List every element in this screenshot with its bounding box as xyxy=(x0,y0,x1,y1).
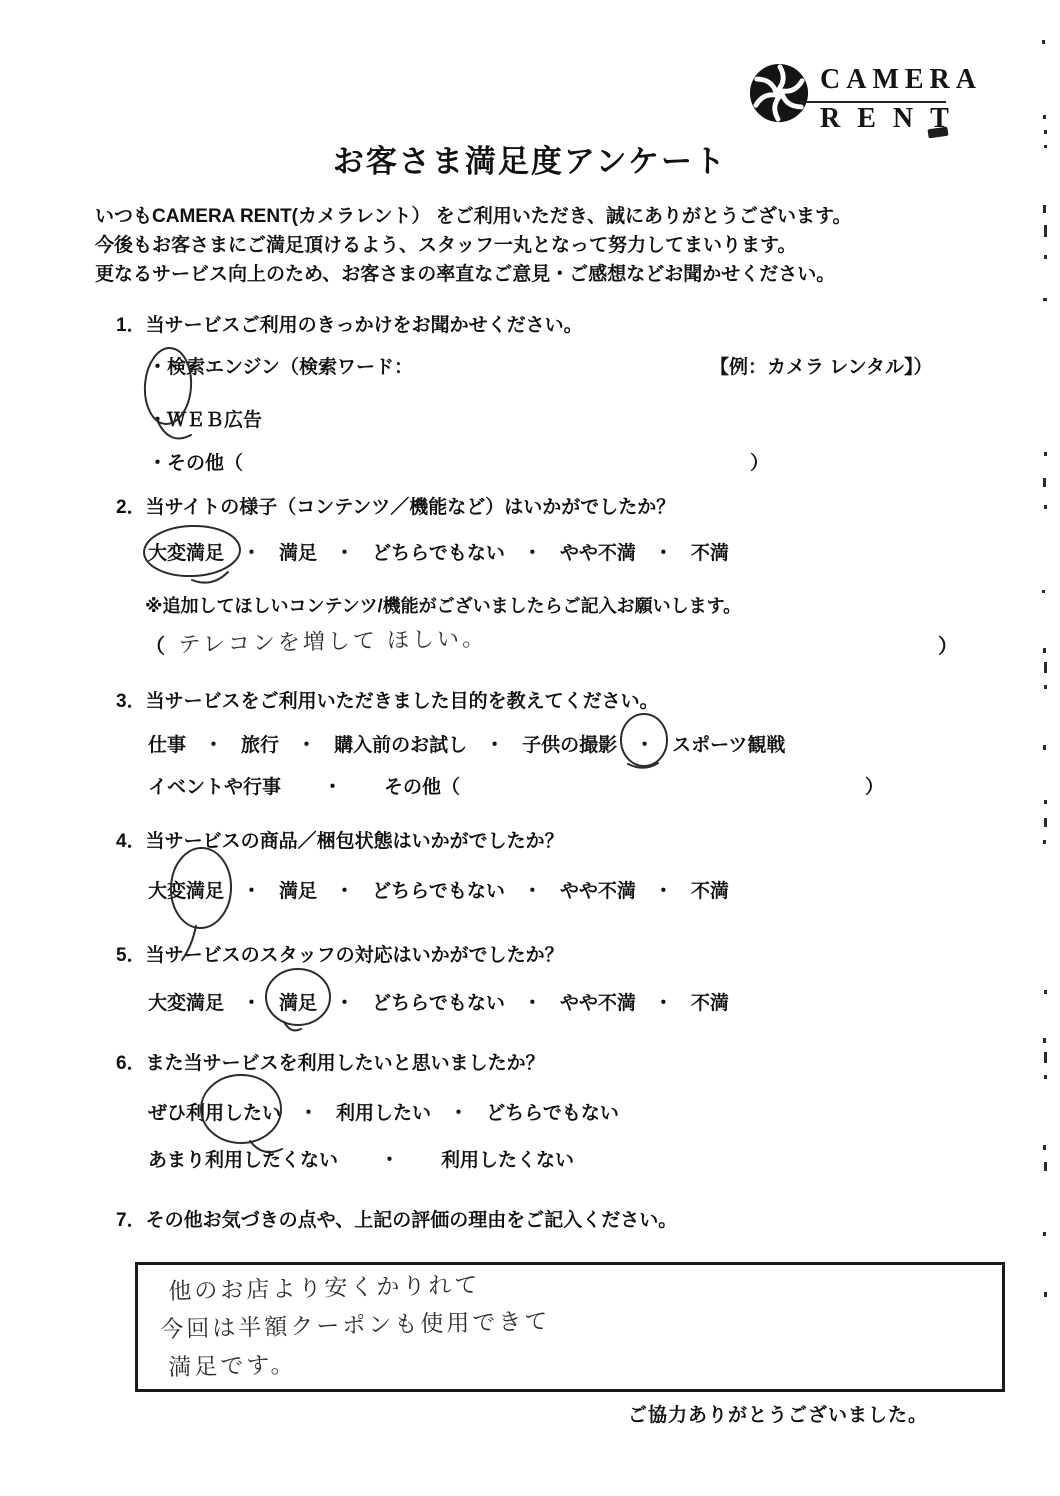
intro-paragraph: いつもCAMERA RENT(カメラレント） をご利用いただき、誠にありがとうご… xyxy=(95,202,965,289)
scan-artifact xyxy=(1044,1075,1047,1079)
scan-artifact xyxy=(1044,818,1047,827)
scan-artifact xyxy=(1043,205,1046,213)
survey-page: CAMERA RENT お客さま満足度アンケート いつもCAMERA RENT(… xyxy=(0,0,1060,1496)
option-rather-not-use: あまり利用したくない xyxy=(148,1150,338,1171)
option-separator: ・ xyxy=(654,538,673,565)
option-try-before-buy: 購入前のお試し xyxy=(334,735,467,756)
question-1-label: 1．当サービスご利用のきっかけをお聞かせください。 xyxy=(116,310,583,337)
scan-artifact xyxy=(1043,1038,1046,1043)
question-3-options-row1: 仕事・旅行・購入前のお試し・子供の撮影・スポーツ観戦 xyxy=(148,730,785,757)
handwritten-comment-line: 今回は半額クーポンも使用できて xyxy=(160,1303,551,1344)
option-separator: ・ xyxy=(523,538,542,565)
option-separator: ・ xyxy=(485,730,504,757)
scan-artifact xyxy=(1044,990,1047,994)
option-use-again: 利用したい xyxy=(336,1103,431,1124)
question-1-option-search-engine: ・検索エンジン（検索ワード： xyxy=(148,352,413,379)
scan-artifact xyxy=(1043,1232,1046,1236)
question-6-options-row1: ぜひ利用したい・利用したい・どちらでもない xyxy=(148,1098,619,1125)
option-very-satisfied: 大変満足 xyxy=(148,881,224,902)
scan-artifact xyxy=(1043,840,1046,844)
question-5-options: 大変満足・満足・どちらでもない・やや不満・不満 xyxy=(148,988,729,1015)
question-1-option-other: ・その他（ xyxy=(148,448,243,475)
question-6-options-row2: あまり利用したくない・利用したくない xyxy=(148,1145,574,1172)
page-title: お客さま満足度アンケート xyxy=(0,136,1060,181)
question-7-label: 7．その他お気づきの点や、上記の評価の理由をご記入ください。 xyxy=(116,1205,677,1232)
option-neutral: どちらでもない xyxy=(486,1103,619,1124)
scan-artifact xyxy=(1044,800,1047,804)
scan-artifact xyxy=(1044,505,1047,509)
question-3-label: 3．当サービスをご利用いただきました目的を教えてください。 xyxy=(116,686,659,713)
camera-aperture-icon xyxy=(748,62,810,124)
option-separator: ・ xyxy=(297,730,316,757)
option-sports-watching: スポーツ観戦 xyxy=(672,735,785,756)
intro-line: 更なるサービス向上のため、お客さまの率直なご意見・ご感想などお聞かせください。 xyxy=(95,260,965,289)
option-separator: ・ xyxy=(204,730,223,757)
circle-annotation-q5-tail xyxy=(284,1022,301,1030)
scan-artifact xyxy=(1044,1052,1047,1063)
scan-artifact xyxy=(1044,130,1047,134)
scan-artifact xyxy=(1044,1292,1047,1297)
question-2-answer-open-paren: （ xyxy=(145,630,165,659)
option-separator: ・ xyxy=(449,1098,468,1125)
scan-artifact xyxy=(1043,1145,1046,1150)
question-3-close-paren: ） xyxy=(865,772,884,799)
question-3-options-row2: イベントや行事・その他（ xyxy=(148,772,460,799)
question-2-handwritten-answer: テレコンを増して ほしい。 xyxy=(178,622,487,659)
handwritten-comment-line: 満足です。 xyxy=(168,1346,297,1382)
scan-artifact xyxy=(1043,478,1046,487)
option-dissatisfied: 不満 xyxy=(691,993,729,1014)
scan-artifact xyxy=(1042,40,1045,44)
option-neutral: どちらでもない xyxy=(372,881,505,902)
question-1-example-text: 【例：カメラ レンタル】） xyxy=(710,352,933,379)
question-5-label: 5．当サービスのスタッフの対応はいかがでしたか？ xyxy=(116,940,564,967)
scan-artifact xyxy=(1044,662,1047,673)
scan-artifact xyxy=(1042,590,1045,593)
option-travel: 旅行 xyxy=(241,735,279,756)
scan-artifact xyxy=(1044,452,1047,456)
scan-artifact xyxy=(1043,115,1046,119)
option-separator: ・ xyxy=(523,988,542,1015)
question-2-answer-close-paren: ） xyxy=(938,630,958,659)
option-separator: ・ xyxy=(654,876,673,903)
option-dissatisfied: 不満 xyxy=(691,881,729,902)
option-work: 仕事 xyxy=(148,735,186,756)
scan-artifact xyxy=(1044,225,1047,237)
intro-line: 今後もお客さまにご満足頂けるよう、スタッフ一丸となって努力してまいります。 xyxy=(95,231,965,260)
circle-annotation-q2-tail xyxy=(192,572,228,583)
circle-annotation-q3-tail xyxy=(628,763,658,768)
option-satisfied: 満足 xyxy=(279,993,317,1014)
scan-artifact xyxy=(1043,648,1046,653)
scan-artifact xyxy=(1044,685,1047,689)
option-separator: ・ xyxy=(635,730,654,757)
option-separator: ・ xyxy=(335,876,354,903)
option-very-satisfied: 大変満足 xyxy=(148,993,224,1014)
question-4-options: 大変満足・満足・どちらでもない・やや不満・不満 xyxy=(148,876,729,903)
option-separator: ・ xyxy=(299,1098,318,1125)
question-4-label: 4．当サービスの商品／梱包状態はいかがでしたか？ xyxy=(116,826,564,853)
logo-text-camera: CAMERA xyxy=(820,64,982,96)
option-neutral: どちらでもない xyxy=(372,543,505,564)
option-somewhat-dissatisfied: やや不満 xyxy=(560,881,636,902)
question-2-note: ※追加してほしいコンテンツ/機能がございましたらご記入お願いします。 xyxy=(145,592,741,618)
scan-artifact xyxy=(1044,255,1047,259)
option-separator: ・ xyxy=(523,876,542,903)
question-2-options: 大変満足・満足・どちらでもない・やや不満・不満 xyxy=(148,538,729,565)
option-somewhat-dissatisfied: やや不満 xyxy=(560,993,636,1014)
option-separator: ・ xyxy=(323,772,342,799)
option-separator: ・ xyxy=(654,988,673,1015)
option-other: その他（ xyxy=(384,777,460,798)
option-separator: ・ xyxy=(335,538,354,565)
option-events: イベントや行事 xyxy=(148,777,281,798)
option-separator: ・ xyxy=(242,538,261,565)
option-separator: ・ xyxy=(335,988,354,1015)
option-very-satisfied: 大変満足 xyxy=(148,543,224,564)
question-1-option-web-ad: ・ＷＥＢ広告 xyxy=(148,405,262,432)
option-satisfied: 満足 xyxy=(279,543,317,564)
option-definitely-use-again: ぜひ利用したい xyxy=(148,1103,281,1124)
footer-thanks-text: ご協力ありがとうございました。 xyxy=(628,1400,928,1427)
option-separator: ・ xyxy=(242,988,261,1015)
scan-artifact xyxy=(1044,145,1047,148)
scan-artifact xyxy=(1043,298,1047,301)
handwritten-comment-line: 他のお店より安くかりれて xyxy=(168,1266,481,1306)
question-2-label: 2．当サイトの様子（コンテンツ／機能など）はいかがでしたか？ xyxy=(116,492,675,519)
scan-artifact xyxy=(1043,745,1046,750)
question-6-label: 6．また当サービスを利用したいと思いましたか？ xyxy=(116,1048,545,1075)
option-will-not-use: 利用したくない xyxy=(441,1150,574,1171)
option-neutral: どちらでもない xyxy=(372,993,505,1014)
option-satisfied: 満足 xyxy=(279,881,317,902)
option-kids-photos: 子供の撮影 xyxy=(522,735,617,756)
option-dissatisfied: 不満 xyxy=(691,543,729,564)
option-separator: ・ xyxy=(242,876,261,903)
intro-line: いつもCAMERA RENT(カメラレント） をご利用いただき、誠にありがとうご… xyxy=(95,202,965,231)
question-1-close-paren: ） xyxy=(750,448,769,475)
scan-artifact xyxy=(1044,1162,1047,1171)
option-separator: ・ xyxy=(380,1145,399,1172)
option-somewhat-dissatisfied: やや不満 xyxy=(560,543,636,564)
comment-box: 他のお店より安くかりれて 今回は半額クーポンも使用できて 満足です。 xyxy=(135,1262,1005,1392)
